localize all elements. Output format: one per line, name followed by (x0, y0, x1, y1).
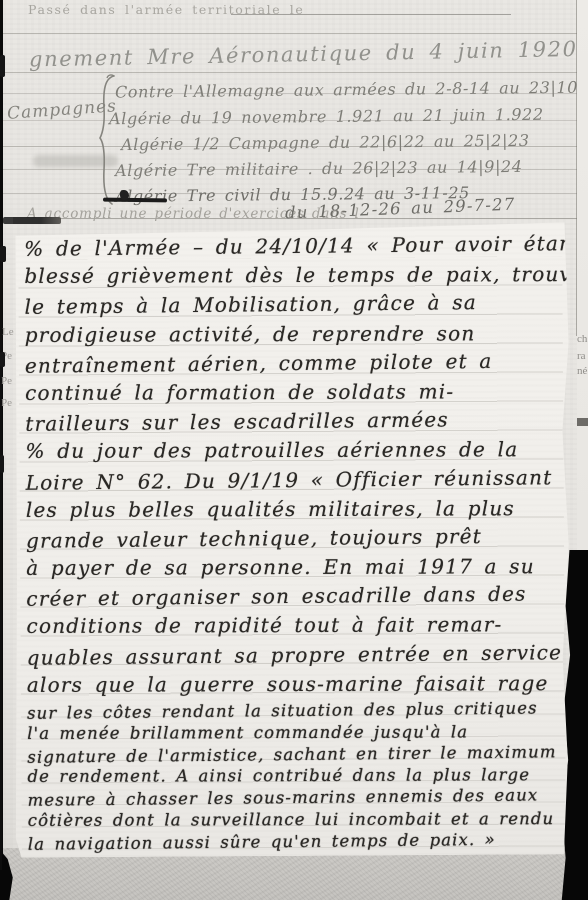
form-column-line (576, 0, 577, 336)
citation-line: % du jour des patrouilles aériennes de l… (25, 437, 560, 468)
citation-sheet: % de l'Armée – du 24/10/14 « Pour avoir … (12, 222, 574, 857)
ruled-line (3, 33, 580, 34)
scan-edge-mark (0, 455, 4, 473)
underpage-dark-stamp (577, 418, 588, 426)
citation-line: continué la formation de soldats mi- (25, 379, 560, 410)
citation-line: % de l'Armée – du 24/10/14 « Pour avoir … (24, 231, 559, 266)
citation-line: entraînement aérien, comme pilote et a (25, 348, 560, 383)
citation-line: trailleurs sur les escadrilles armées (25, 406, 560, 441)
underpage-text-fragment: Pe (1, 375, 12, 387)
citation-line: quables assurant sa propre entrée en ser… (27, 640, 562, 675)
ruled-line (3, 72, 580, 73)
citation-line: le temps à la Mobilisation, grâce à sa (24, 290, 559, 325)
scan-edge-mark (0, 352, 5, 367)
scan-edge-mark (0, 55, 5, 77)
ink-bar-mark (3, 217, 61, 224)
citation-line: conditions de rapidité tout à fait remar… (26, 612, 561, 643)
scan-edge-mark (0, 246, 6, 262)
citation-line: Loire N° 62. Du 9/1/19 « Officier réunis… (26, 465, 561, 500)
citation-text: % de l'Armée – du 24/10/14 « Pour avoir … (24, 232, 563, 855)
pencil-smear (33, 155, 118, 167)
underpage-text-fragment: né. (577, 365, 588, 377)
citation-line: à payer de sa personne. En mai 1917 a su (26, 554, 561, 585)
citation-line: grande valeur technique, toujours prêt (26, 523, 561, 558)
underpage-text-fragment: Le (2, 326, 14, 338)
scanned-military-record-page: Passé dans l'armée territoriale le A acc… (0, 0, 588, 900)
citation-line: prodigieuse activité, de reprendre son (25, 321, 560, 352)
campaign-entry: Algérie 1/2 Campagne du 22|6|22 au 25|2|… (121, 131, 530, 154)
underpage-text-fragment: Pe (1, 397, 12, 409)
underpage-text-fragment: ch (577, 333, 587, 345)
scan-edge-shadow-left (0, 230, 2, 870)
citation-line: blessé grièvement dès le temps de paix, … (24, 262, 559, 293)
citation-line: créer et organiser son escadrille dans d… (26, 581, 561, 616)
citation-line: les plus belles qualités militaires, la … (26, 496, 561, 527)
handwritten-brace (95, 74, 117, 206)
citation-line: alors que la guerre sous-marine faisait … (27, 671, 562, 702)
ink-blot (120, 190, 129, 200)
underpage-right-sliver (577, 0, 588, 552)
underpage-text-fragment: ra (577, 350, 586, 362)
citation-line: l'a menée brillamment commandée jusqu'à … (27, 722, 562, 746)
handwritten-continuation-line: gnement Mre Aéronautique du 4 juin 1920)… (29, 37, 588, 72)
campaign-entry: Algérie Tre militaire . du 26|2|23 au 14… (115, 157, 523, 180)
campaign-entry: Contre l'Allemagne aux armées du 2-8-14 … (115, 77, 588, 101)
printed-label-armee-territoriale: Passé dans l'armée territoriale le (28, 2, 304, 17)
citation-line: la navigation aussi sûre qu'en temps de … (28, 829, 563, 856)
campaign-entry: Algérie du 19 novembre 1.921 au 21 juin … (109, 105, 544, 129)
